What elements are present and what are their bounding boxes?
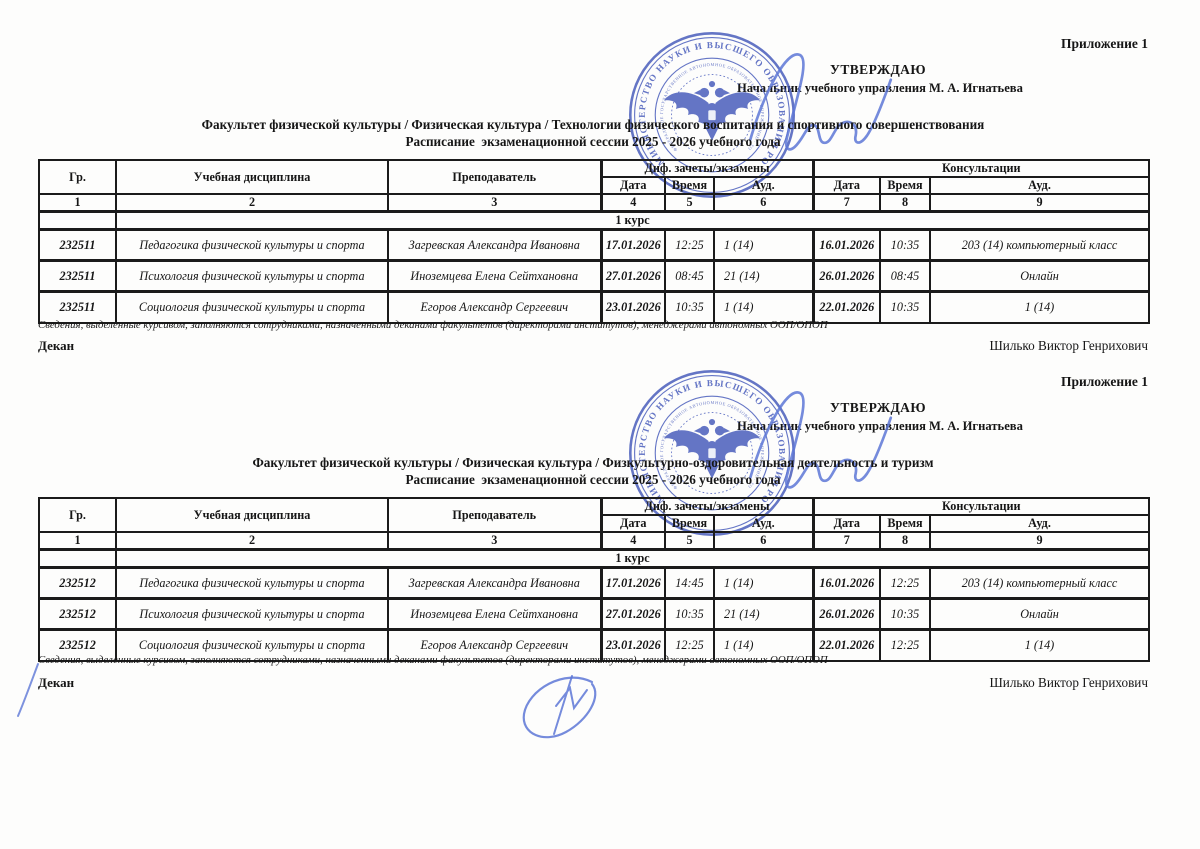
header-group-col: Гр.: [39, 498, 116, 532]
exam-date-cell: 27.01.2026: [601, 261, 665, 292]
consult-time-cell: 10:35: [880, 230, 930, 261]
consult-date-cell: 26.01.2026: [813, 599, 880, 630]
header-exam-room: Ауд.: [714, 177, 813, 194]
discipline-cell: Социология физической культуры и спорта: [116, 292, 388, 323]
dean-name: Шилько Виктор Генрихович: [989, 675, 1148, 691]
schedule-row: 232511 Социология физической культуры и …: [39, 292, 1149, 323]
exam-schedule-table: Гр. Учебная дисциплина Преподаватель Диф…: [38, 159, 1150, 324]
consult-room-cell: 1 (14): [930, 292, 1149, 323]
teacher-cell: Загревская Александра Ивановна: [388, 568, 601, 599]
header-consult-room: Ауд.: [930, 515, 1149, 532]
course-row-spacer: [39, 212, 116, 230]
exam-room-cell: 1 (14): [714, 568, 813, 599]
consult-room-cell: Онлайн: [930, 599, 1149, 630]
schedule-row: 232511 Психология физической культуры и …: [39, 261, 1149, 292]
header-consultations-group: Консультации: [813, 160, 1149, 177]
header-exams-group: Диф. зачеты/экзамены: [601, 160, 813, 177]
col-number: 8: [880, 194, 930, 212]
exam-room-cell: 1 (14): [714, 292, 813, 323]
group-cell: 232512: [39, 568, 116, 599]
schedule-section-1: Приложение 1 УТВЕРЖДАЮ Начальник учебног…: [0, 0, 1200, 338]
header-consult-room: Ауд.: [930, 177, 1149, 194]
col-number: 5: [665, 194, 714, 212]
header-consult-time: Время: [880, 515, 930, 532]
discipline-cell: Психология физической культуры и спорта: [116, 599, 388, 630]
schedule-row: 232512 Психология физической культуры и …: [39, 599, 1149, 630]
exam-date-cell: 23.01.2026: [601, 292, 665, 323]
col-number: 6: [714, 532, 813, 550]
col-number: 4: [601, 194, 665, 212]
course-label: 1 курс: [116, 550, 1149, 568]
col-number: 2: [116, 194, 388, 212]
consult-time-cell: 10:35: [880, 292, 930, 323]
col-number: 1: [39, 532, 116, 550]
header-exam-room: Ауд.: [714, 515, 813, 532]
header-exam-time: Время: [665, 177, 714, 194]
header-consult-date: Дата: [813, 515, 880, 532]
appendix-label: Приложение 1: [1061, 374, 1148, 390]
faculty-title: Факультет физической культуры / Физическ…: [38, 117, 1148, 133]
teacher-cell: Егоров Александр Сергеевич: [388, 292, 601, 323]
italics-footnote: Сведения, выделенные курсивом, заполняют…: [38, 654, 1148, 666]
group-cell: 232511: [39, 230, 116, 261]
exam-time-cell: 10:35: [665, 292, 714, 323]
header-exam-date: Дата: [601, 177, 665, 194]
group-cell: 232512: [39, 599, 116, 630]
schedule-row: 232512 Педагогика физической культуры и …: [39, 568, 1149, 599]
header-exams-group: Диф. зачеты/экзамены: [601, 498, 813, 515]
exam-time-cell: 14:45: [665, 568, 714, 599]
header-consult-date: Дата: [813, 177, 880, 194]
group-cell: 232511: [39, 261, 116, 292]
exam-date-cell: 17.01.2026: [601, 230, 665, 261]
col-number: 9: [930, 194, 1149, 212]
consult-time-cell: 10:35: [880, 599, 930, 630]
schedule-row: 232511 Педагогика физической культуры и …: [39, 230, 1149, 261]
exam-room-cell: 21 (14): [714, 261, 813, 292]
consult-date-cell: 16.01.2026: [813, 230, 880, 261]
course-label: 1 курс: [116, 212, 1149, 230]
consult-date-cell: 22.01.2026: [813, 292, 880, 323]
exam-time-cell: 08:45: [665, 261, 714, 292]
exam-date-cell: 17.01.2026: [601, 568, 665, 599]
consult-room-cell: Онлайн: [930, 261, 1149, 292]
header-group-col: Гр.: [39, 160, 116, 194]
faculty-title: Факультет физической культуры / Физическ…: [38, 455, 1148, 471]
discipline-cell: Психология физической культуры и спорта: [116, 261, 388, 292]
consult-room-cell: 203 (14) компьютерный класс: [930, 568, 1149, 599]
teacher-cell: Иноземцева Елена Сейтхановна: [388, 599, 601, 630]
header-consultations-group: Консультации: [813, 498, 1149, 515]
header-discipline-col: Учебная дисциплина: [116, 498, 388, 532]
col-number: 9: [930, 532, 1149, 550]
exam-time-cell: 10:35: [665, 599, 714, 630]
col-number: 7: [813, 194, 880, 212]
exam-room-cell: 1 (14): [714, 230, 813, 261]
consult-date-cell: 26.01.2026: [813, 261, 880, 292]
header-teacher-col: Преподаватель: [388, 160, 601, 194]
col-number: 3: [388, 532, 601, 550]
italics-footnote: Сведения, выделенные курсивом, заполняют…: [38, 319, 1148, 331]
col-number: 6: [714, 194, 813, 212]
consult-time-cell: 12:25: [880, 568, 930, 599]
header-teacher-col: Преподаватель: [388, 498, 601, 532]
appendix-label: Приложение 1: [1061, 36, 1148, 52]
header-row-numbers: 1 2 3 4 5 6 7 8 9: [39, 194, 1149, 212]
col-number: 3: [388, 194, 601, 212]
col-number: 1: [39, 194, 116, 212]
col-number: 4: [601, 532, 665, 550]
header-row-numbers: 1 2 3 4 5 6 7 8 9: [39, 532, 1149, 550]
group-cell: 232511: [39, 292, 116, 323]
consult-room-cell: 203 (14) компьютерный класс: [930, 230, 1149, 261]
course-row-spacer: [39, 550, 116, 568]
teacher-cell: Загревская Александра Ивановна: [388, 230, 601, 261]
course-row: 1 курс: [39, 550, 1149, 568]
pen-slash-mark: [8, 658, 48, 722]
exam-room-cell: 21 (14): [714, 599, 813, 630]
header-consult-time: Время: [880, 177, 930, 194]
header-exam-date: Дата: [601, 515, 665, 532]
header-row-groups: Гр. Учебная дисциплина Преподаватель Диф…: [39, 160, 1149, 177]
course-row: 1 курс: [39, 212, 1149, 230]
teacher-cell: Иноземцева Елена Сейтхановна: [388, 261, 601, 292]
dean-signature: [512, 668, 617, 748]
col-number: 2: [116, 532, 388, 550]
col-number: 7: [813, 532, 880, 550]
header-row-groups: Гр. Учебная дисциплина Преподаватель Диф…: [39, 498, 1149, 515]
consult-time-cell: 08:45: [880, 261, 930, 292]
exam-schedule-table: Гр. Учебная дисциплина Преподаватель Диф…: [38, 497, 1150, 662]
schedule-section-2: Приложение 1 УТВЕРЖДАЮ Начальник учебног…: [0, 338, 1200, 676]
schedule-title: Расписание экзаменационной сессии 2025 -…: [38, 472, 1148, 488]
discipline-cell: Педагогика физической культуры и спорта: [116, 230, 388, 261]
discipline-cell: Педагогика физической культуры и спорта: [116, 568, 388, 599]
header-discipline-col: Учебная дисциплина: [116, 160, 388, 194]
header-exam-time: Время: [665, 515, 714, 532]
scanned-document-page: Приложение 1 УТВЕРЖДАЮ Начальник учебног…: [0, 0, 1200, 849]
col-number: 8: [880, 532, 930, 550]
schedule-title: Расписание экзаменационной сессии 2025 -…: [38, 134, 1148, 150]
exam-time-cell: 12:25: [665, 230, 714, 261]
col-number: 5: [665, 532, 714, 550]
consult-date-cell: 16.01.2026: [813, 568, 880, 599]
exam-date-cell: 27.01.2026: [601, 599, 665, 630]
